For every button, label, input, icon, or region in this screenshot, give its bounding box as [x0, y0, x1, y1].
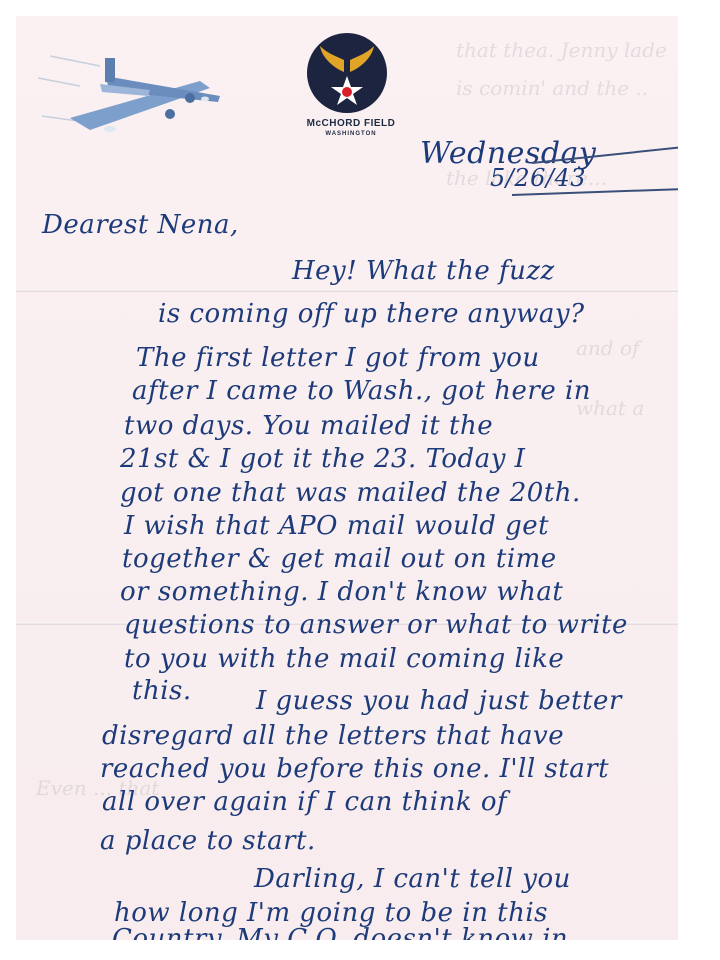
letter-line: disregard all the letters that have — [102, 721, 564, 751]
base-location: WASHINGTON — [296, 131, 406, 137]
letter-line: The first letter I got from you — [136, 343, 540, 373]
letter-line: 21st & I got it the 23. Today I — [120, 444, 525, 474]
bleed-through-text: is comin' and the .. — [456, 76, 648, 100]
bleed-through-text: and of — [576, 336, 639, 360]
letter-line: got one that was mailed the 20th. — [120, 478, 581, 508]
letter-line: is coming off up there anyway? — [158, 299, 585, 329]
date: 5/26/43 — [490, 164, 586, 192]
letter-line: Darling, I can't tell you — [254, 864, 571, 894]
letter-line: a place to start. — [100, 826, 316, 856]
air-forces-insignia-icon — [306, 32, 388, 114]
letter-line: Country. My C.O. doesn't know in — [112, 924, 568, 940]
fold-line — [16, 289, 678, 292]
salutation: Dearest Nena, — [42, 210, 239, 240]
letter-line: after I came to Wash., got here in — [132, 376, 591, 406]
letter-line: all over again if I can think of — [102, 787, 507, 817]
bomber-plane-icon — [30, 36, 220, 136]
letter-line: Hey! What the fuzz — [292, 256, 555, 286]
letter-line: to you with the mail coming like — [124, 644, 564, 674]
letter-line: I wish that APO mail would get — [124, 511, 549, 541]
letter-line: reached you before this one. I'll start — [100, 754, 609, 784]
letter-line: or something. I don't know what — [120, 577, 563, 607]
letter-line: two days. You mailed it the — [124, 411, 493, 441]
bleed-through-text: that thea. Jenny lade — [456, 38, 667, 62]
base-name: McCHORD FIELD — [296, 118, 406, 129]
letter-page: that thea. Jenny lade is comin' and the … — [16, 16, 678, 940]
letter-line: this. — [132, 676, 192, 706]
letter-line: questions to answer or what to write — [124, 610, 628, 640]
letter-line: together & get mail out on time — [122, 544, 557, 574]
letter-line: I guess you had just better — [256, 686, 622, 716]
